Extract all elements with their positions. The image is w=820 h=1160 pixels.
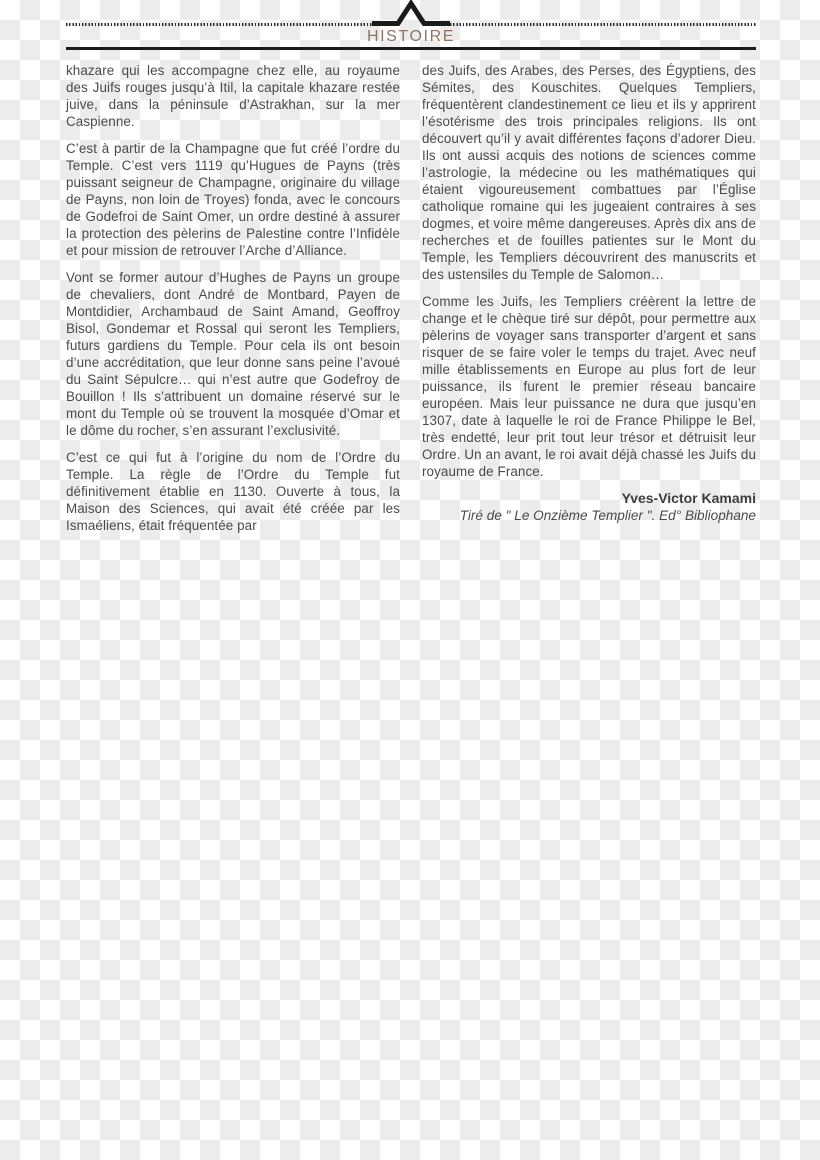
- paragraph: C’est à partir de la Champagne que fut c…: [66, 140, 400, 259]
- page-header: HISTOIRE: [66, 0, 756, 50]
- mountain-peak-icon: [372, 0, 450, 27]
- paragraph: khazare qui les accompagne chez elle, au…: [66, 62, 400, 130]
- header-rule-row: [66, 0, 756, 27]
- paragraph: Comme les Juifs, les Templiers créèrent …: [422, 293, 756, 480]
- byline-author: Yves-Victor Kamami: [422, 490, 756, 507]
- page-content: HISTOIRE khazare qui les accompagne chez…: [66, 0, 756, 544]
- paragraph: C’est ce qui fut à l’origine du nom de l…: [66, 449, 400, 534]
- byline: Yves-Victor Kamami Tiré de " Le Onzième …: [422, 490, 756, 524]
- byline-source: Tiré de " Le Onzième Templier ". Ed° Bib…: [422, 507, 756, 524]
- paragraph: des Juifs, des Arabes, des Perses, des É…: [422, 62, 756, 283]
- section-title: HISTOIRE: [66, 29, 756, 45]
- magazine-page: HISTOIRE khazare qui les accompagne chez…: [0, 0, 820, 1160]
- article-body: khazare qui les accompagne chez elle, au…: [66, 62, 756, 544]
- dotted-rule-right: [450, 23, 756, 26]
- paragraph: Vont se former autour d’Hughes de Payns …: [66, 269, 400, 439]
- right-column: des Juifs, des Arabes, des Perses, des É…: [422, 62, 756, 544]
- header-divider: [66, 47, 756, 50]
- left-column: khazare qui les accompagne chez elle, au…: [66, 62, 400, 544]
- dotted-rule-left: [66, 23, 372, 26]
